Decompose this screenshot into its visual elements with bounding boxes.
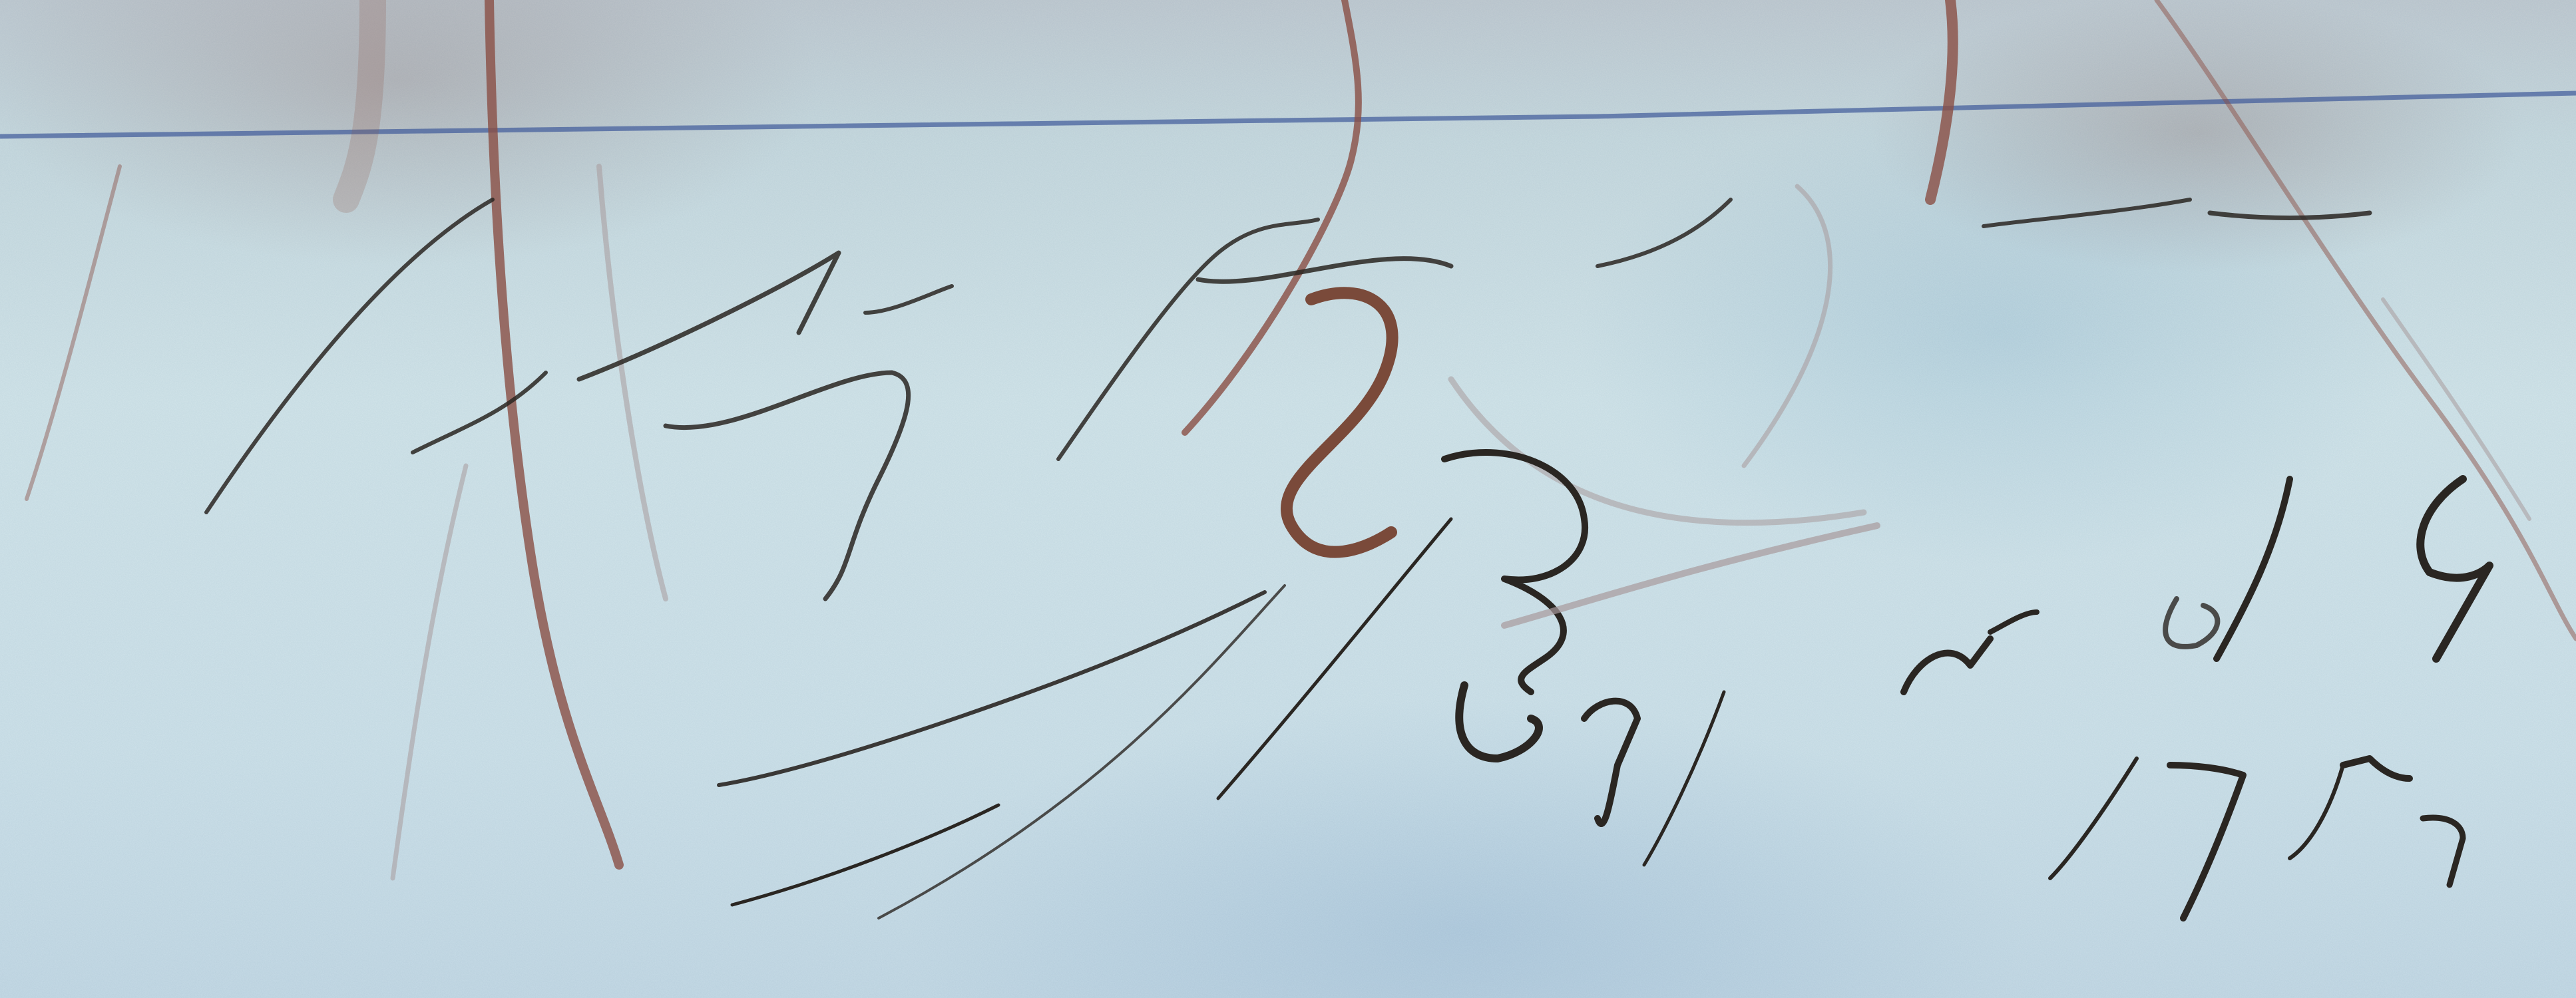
brown-ink-flourish <box>1287 293 1393 552</box>
date-ink <box>2050 758 2463 918</box>
ruled-line <box>0 93 2576 136</box>
pale-chalk-strokes <box>393 166 2529 878</box>
ink-strokes <box>0 0 2576 998</box>
signature-ink <box>719 452 2489 918</box>
paper-sheet: J Reynolds 1787 <box>0 0 2576 998</box>
